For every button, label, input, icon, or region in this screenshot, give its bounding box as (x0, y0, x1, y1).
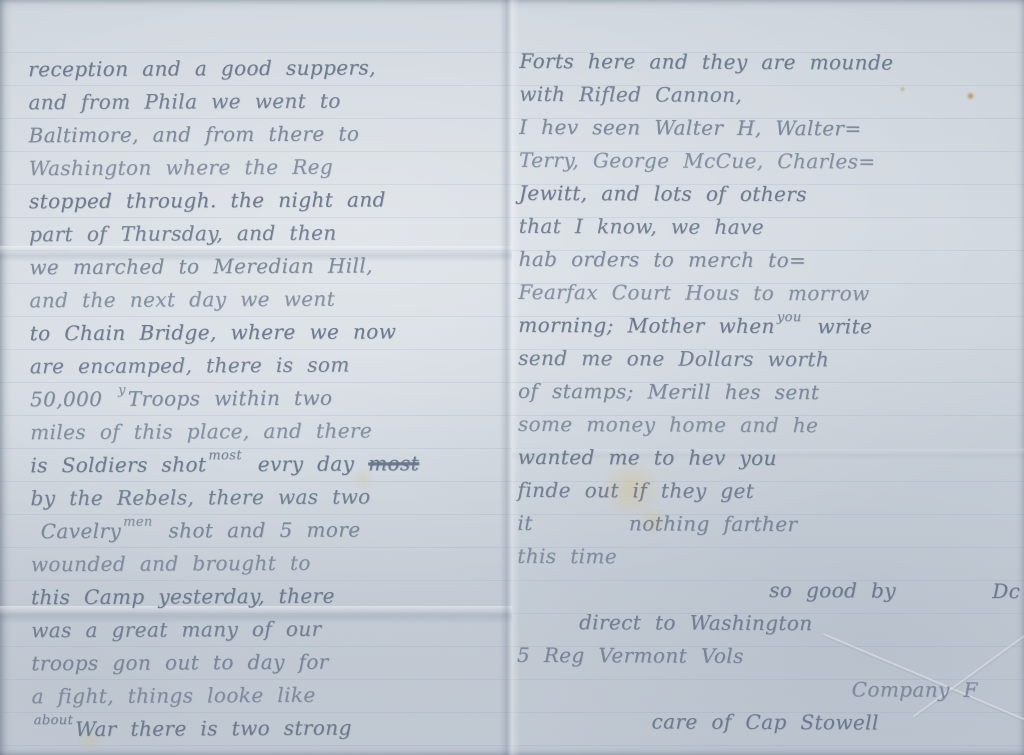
letter-line: Jewitt, and lots of others (519, 177, 1024, 212)
letter-line: this Camp yesterday, there (31, 579, 511, 615)
line-text: War there is two strong (75, 716, 352, 741)
letter-line: wounded and brought to (31, 546, 511, 582)
letter-line: reception and a good suppers, (28, 51, 508, 87)
letter-line: miles of this place, and there (30, 414, 510, 450)
page-left: reception and a good suppers,and from Ph… (28, 51, 512, 747)
letter-line: Forts here and they are mounde (519, 45, 1024, 80)
letter-line: is Soldiers shotmost evry day most (30, 447, 510, 483)
letter-line: I hev seen Walter H, Walter= (519, 111, 1024, 146)
letter-line: care of Cap Stowell (516, 705, 1022, 740)
letter-line: 50,000 yTroops within two (30, 381, 510, 417)
letter-line: by the Rebels, there was two (30, 480, 510, 516)
letter-line: Washington where the Reg (29, 150, 509, 186)
line-text: evry day (244, 451, 368, 476)
letter-line: was a great many of our (31, 612, 511, 648)
letter-scan: reception and a good suppers,and from Ph… (0, 0, 1024, 755)
letter-line: Cavelrymen shot and 5 more (31, 513, 511, 549)
letter-line: this time (517, 540, 1023, 575)
letter-line: we marched to Meredian Hill, (29, 249, 509, 285)
line-text: morning; Mother when (518, 313, 775, 338)
letter-line: and from Phila we went to (28, 84, 508, 120)
struck-out-word: most (368, 451, 419, 475)
letter-line: and the next day we went (29, 282, 509, 318)
letter-line: with Rifled Cannon, (519, 78, 1024, 113)
line-text: write (804, 314, 873, 338)
letter-line: 5 Reg Vermont Vols (517, 639, 1023, 674)
letter-line: troops gon out to day for (31, 645, 511, 681)
letter-line: some money home and he (518, 408, 1024, 443)
line-text: shot and 5 more (155, 518, 361, 543)
line-text: Troops within two (128, 386, 333, 411)
letter-line: that I know, we have (519, 210, 1024, 245)
letter-line: direct to Washington (517, 606, 1023, 641)
line-text: is Soldiers shot (30, 452, 206, 477)
letter-line: aboutWar there is two strong (32, 711, 512, 747)
letter-line: morning; Mother whenyou write (518, 309, 1024, 344)
letter-line: Company F (517, 672, 1023, 707)
letter-line: wanted me to hev you (518, 441, 1024, 476)
letter-line: finde out if they get (517, 474, 1023, 509)
line-text: Cavelry (41, 519, 122, 543)
letter-line: a fight, things looke like (31, 678, 511, 714)
letter-line: Fearfax Court Hous to morrow (518, 276, 1024, 311)
letter-line: to Chain Bridge, where we now (30, 315, 510, 351)
page-right: Forts here and they are moundewith Rifle… (516, 45, 1024, 740)
letter-line: Baltimore, and from there to (29, 117, 509, 153)
letter-line: so good by Dc (517, 573, 1023, 608)
letter-line: send me one Dollars worth (518, 342, 1024, 377)
letter-line: of stamps; Merill hes sent (518, 375, 1024, 410)
letter-line: it nothing farther (517, 507, 1023, 542)
line-text: 50,000 (30, 387, 116, 411)
letter-line: stopped through. the night and (29, 183, 509, 219)
letter-line: are encamped, there is som (30, 348, 510, 384)
letter-line: part of Thursday, and then (29, 216, 509, 252)
letter-line: Terry, George McCue, Charles= (519, 144, 1024, 179)
letter-line: hab orders to merch to= (519, 243, 1024, 278)
